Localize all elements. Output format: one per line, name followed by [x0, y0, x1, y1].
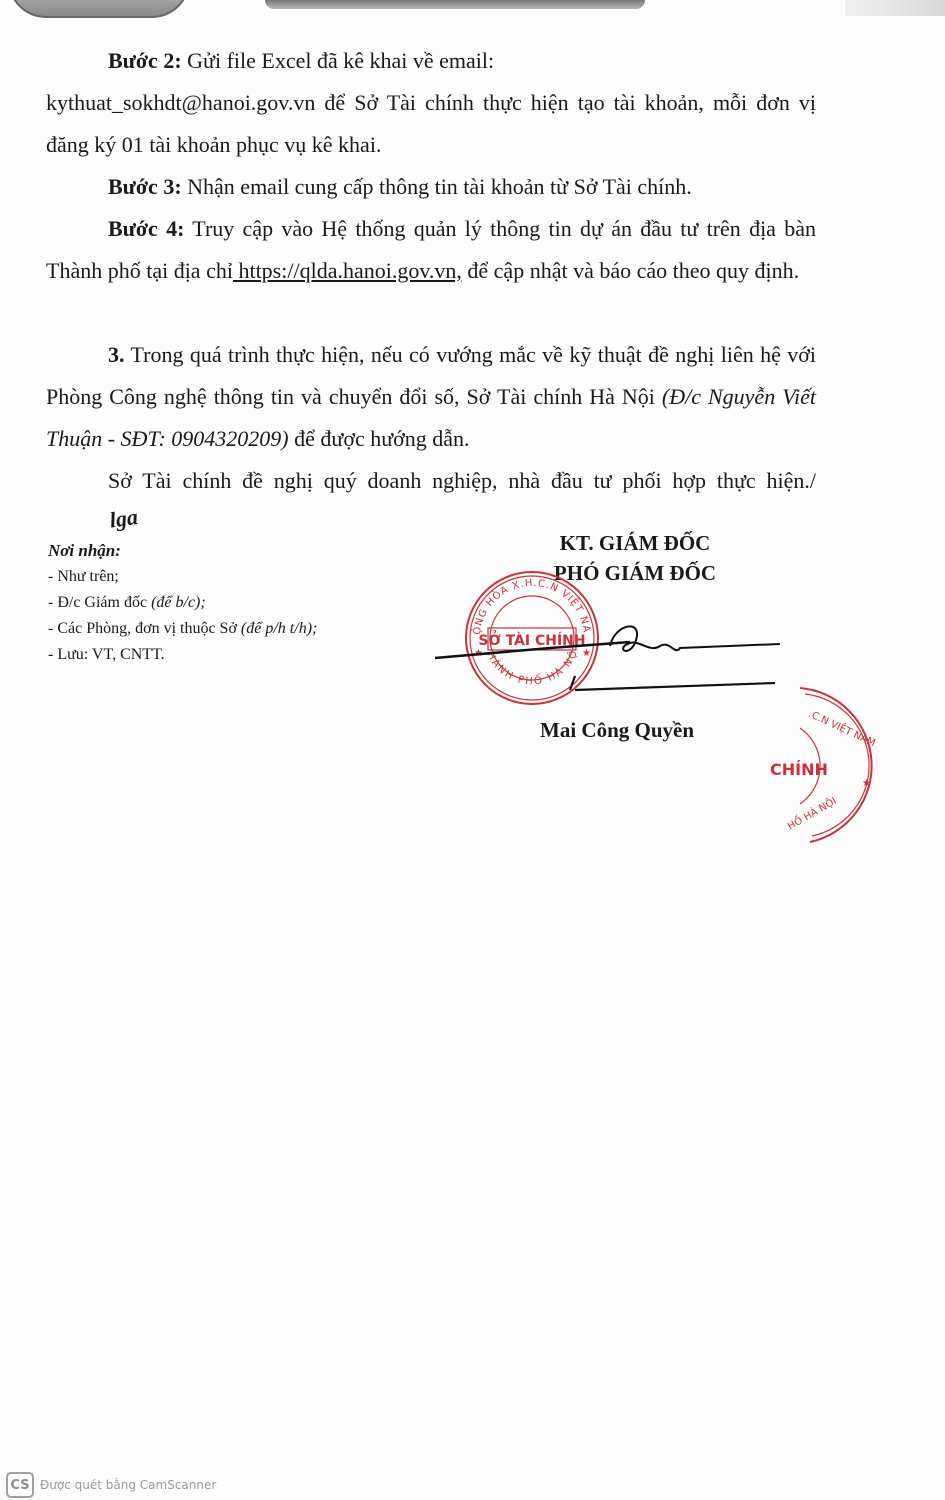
svg-text:.C.N VIỆT NAM: .C.N VIỆT NAM [807, 707, 878, 749]
svg-text:CHÍNH: CHÍNH [770, 760, 828, 779]
step-4-text-end: để cập nhật và báo cáo theo quy định. [462, 258, 799, 283]
recipients-list: Nơi nhận: - Như trên; - Đ/c Giám đốc (để… [48, 538, 317, 668]
step-4-paragraph: Bước 4: Truy cập vào Hệ thống quản lý th… [46, 208, 816, 292]
item-3-label: 3. [108, 342, 125, 367]
closing-text: Sở Tài chính đề nghị quý doanh nghiệp, n… [108, 468, 816, 493]
recipient-item: - Như trên; [48, 564, 317, 590]
footer-text: Được quét bằng CamScanner [40, 1478, 216, 1492]
item-3-text-end: để được hướng dẫn. [289, 426, 470, 451]
item-3-paragraph: 3. Trong quá trình thực hiện, nếu có vướ… [46, 334, 816, 460]
recipient-item: - Lưu: VT, CNTT. [48, 642, 317, 668]
scan-artifact [265, 0, 645, 9]
step-3-paragraph: Bước 3: Nhận email cung cấp thông tin tà… [46, 166, 816, 208]
svg-text:★: ★ [862, 778, 871, 789]
signer-name: Mai Công Quyền [540, 718, 694, 743]
recipient-item: - Đ/c Giám đốc (để b/c); [48, 590, 317, 616]
step-4-label: Bước 4: [108, 216, 184, 241]
step-2-continuation: kythuat_sokhdt@hanoi.gov.vn để Sở Tài ch… [46, 82, 816, 166]
system-url-link[interactable]: https://qlda.hanoi.gov.vn, [233, 258, 462, 283]
recipients-title: Nơi nhận: [48, 538, 317, 564]
camscanner-logo-icon: CS [6, 1472, 34, 1498]
step-3-label: Bước 3: [108, 174, 182, 199]
step-3-text: Nhận email cung cấp thông tin tài khoản … [182, 174, 692, 199]
partial-stamp-icon: CHÍNH .C.N VIỆT NAM HỐ HÀ NỘI ★ [760, 680, 910, 850]
camscanner-footer: CS Được quét bằng CamScanner [6, 1472, 216, 1498]
step-2-paragraph: Bước 2: Gửi file Excel đã kê khai về ema… [46, 40, 816, 82]
scan-artifact [845, 0, 945, 16]
step-2-text: Gửi file Excel đã kê khai về email: [182, 48, 494, 73]
step-2-label: Bước 2: [108, 48, 182, 73]
handwritten-signature-icon [430, 618, 790, 728]
scan-artifact [8, 0, 190, 18]
svg-text:HỐ HÀ NỘI: HỐ HÀ NỘI [785, 793, 839, 832]
recipient-item: - Các Phòng, đơn vị thuộc Sở (để p/h t/h… [48, 616, 317, 642]
step-2-rest: kythuat_sokhdt@hanoi.gov.vn để Sở Tài ch… [46, 90, 816, 157]
signer-title-1: KT. GIÁM ĐỐC [470, 528, 800, 558]
